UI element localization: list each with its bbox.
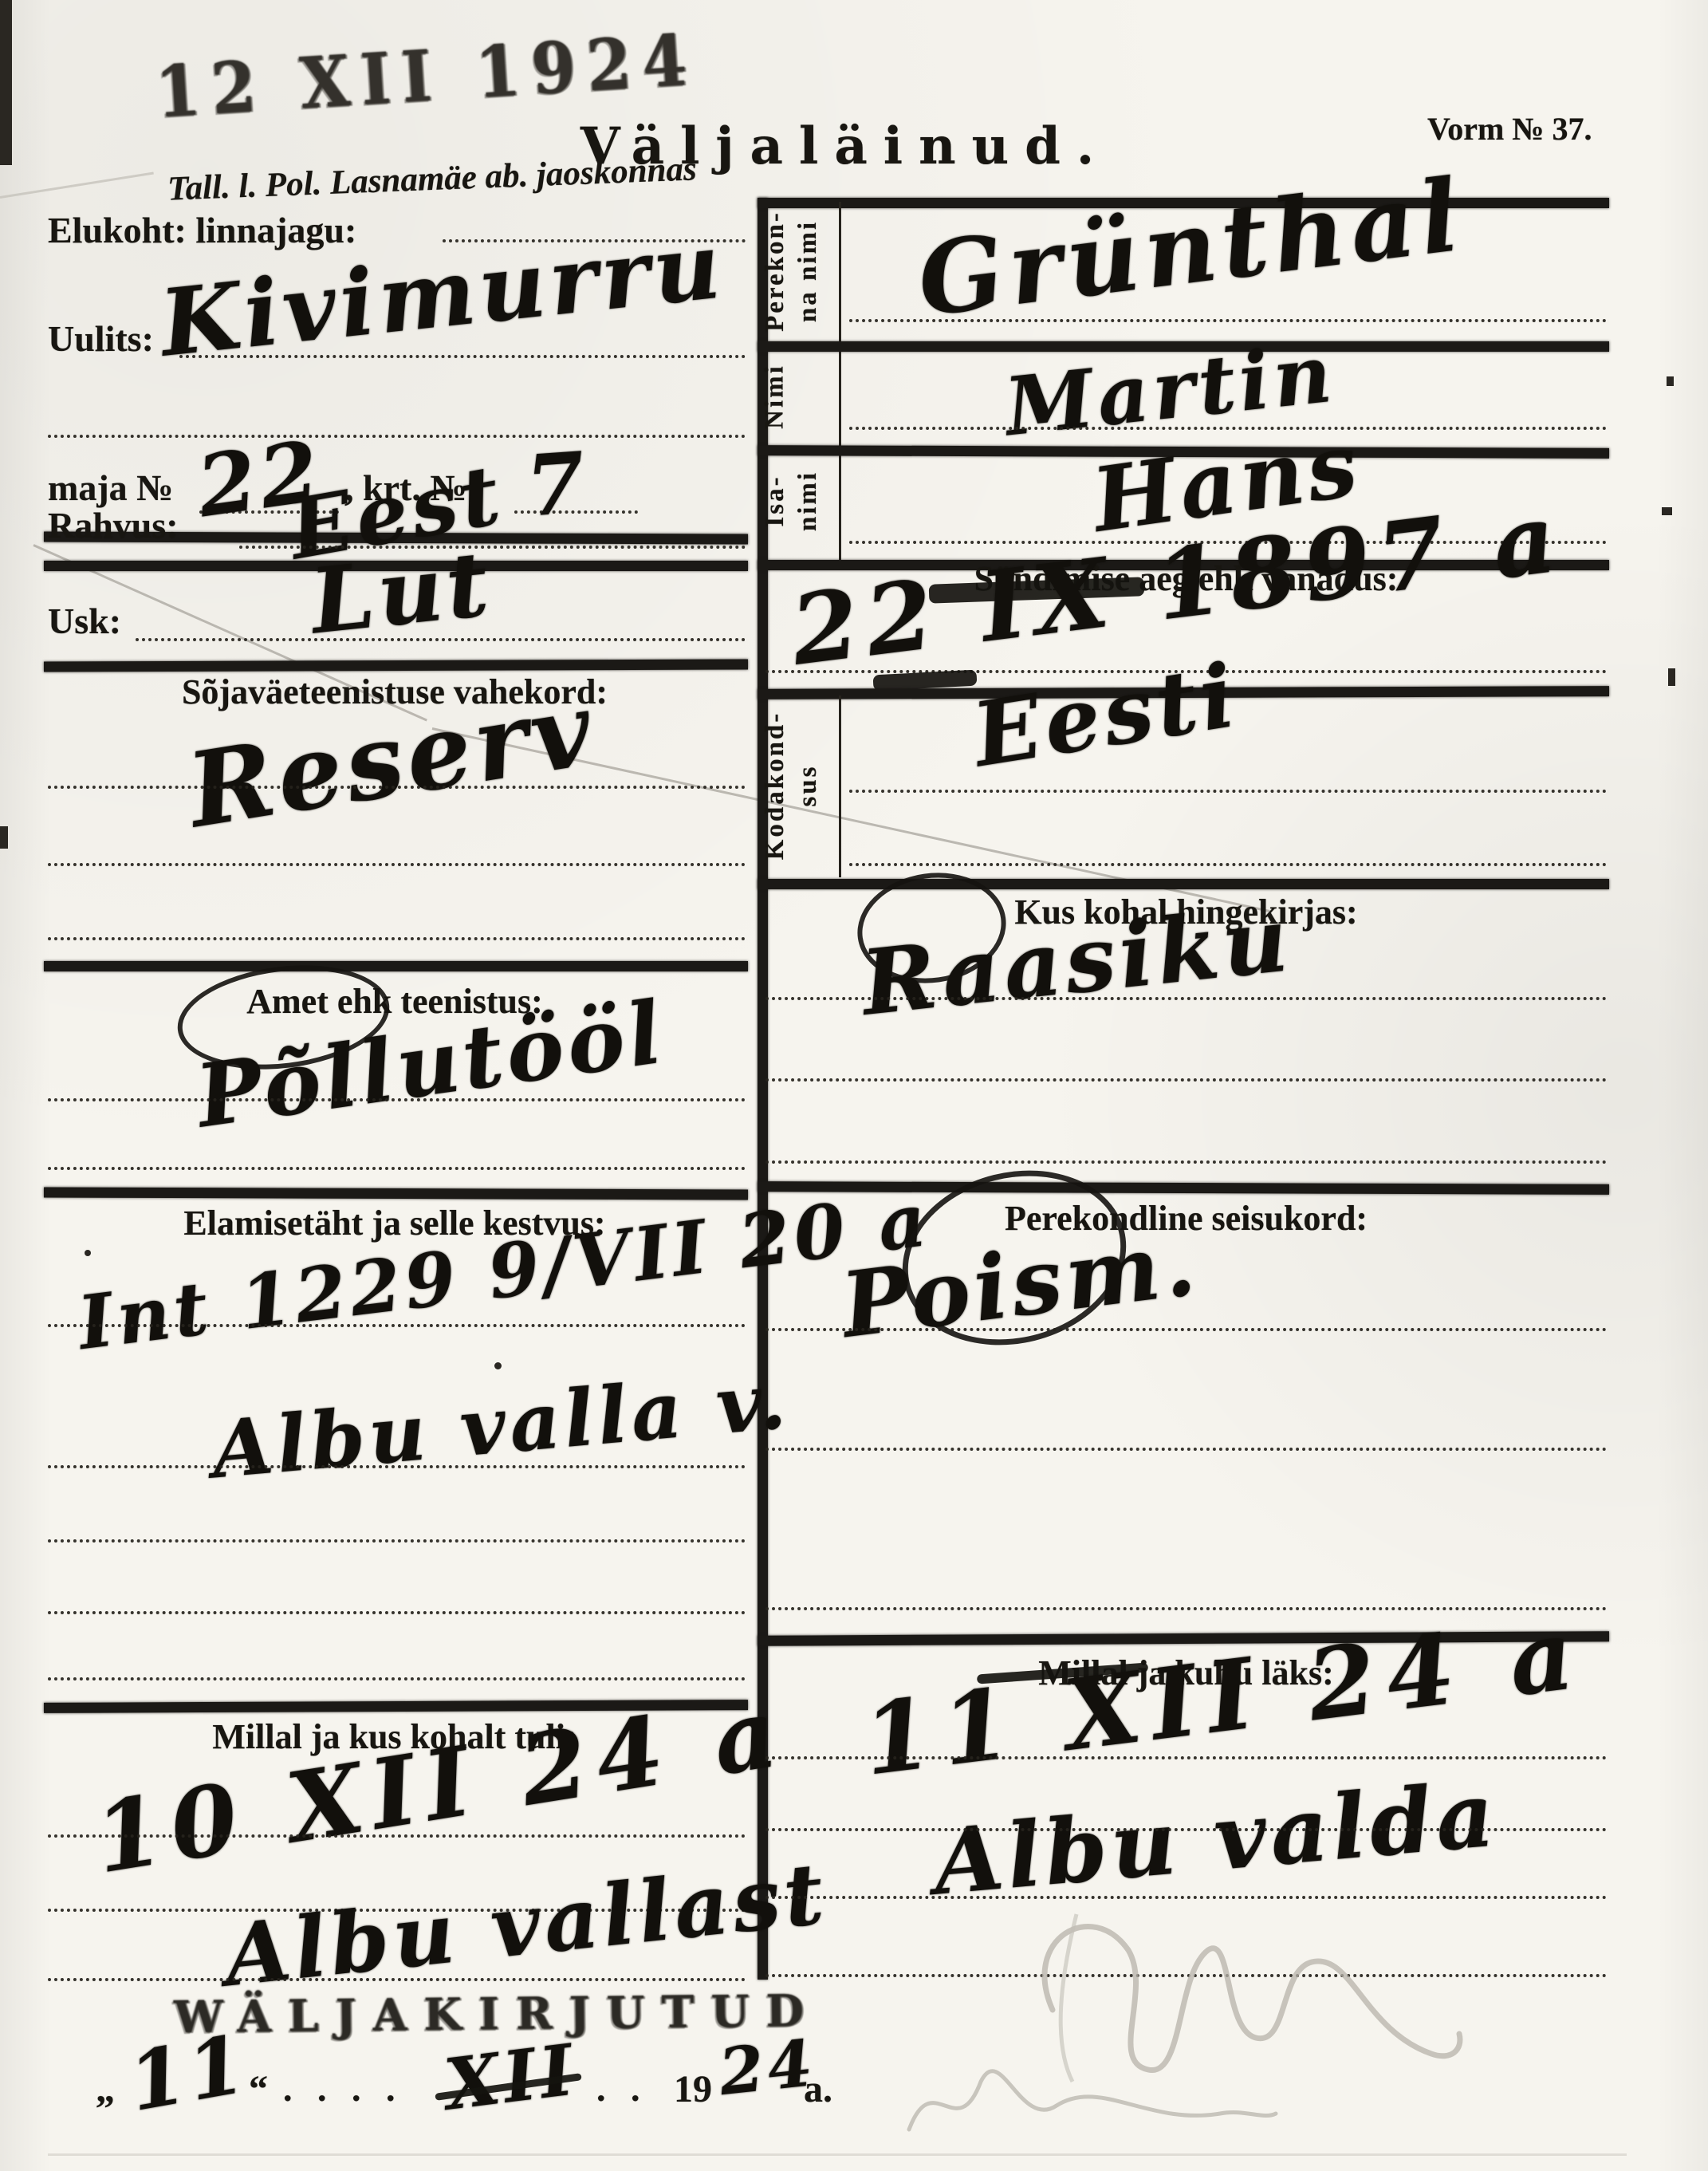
dotted-line <box>48 1098 746 1101</box>
scan-speck <box>1667 376 1674 386</box>
dotted-line <box>48 863 746 866</box>
page-title: Väljaläinud. <box>494 116 1196 176</box>
dotted-line <box>849 319 1607 322</box>
house-label: maja № <box>48 467 173 509</box>
section-divider <box>44 659 748 672</box>
issue-dots2: . . <box>596 2067 648 2110</box>
scan-speck <box>1668 668 1675 686</box>
dotted-line <box>765 1448 1607 1451</box>
scan-speck <box>1662 507 1672 515</box>
vertical-label-citizenship: Kodakond-sus <box>759 695 837 876</box>
label-divider <box>839 202 841 560</box>
dotted-line <box>48 1167 746 1170</box>
apartment-value-handwritten: 7 <box>523 432 592 535</box>
dotted-line <box>765 1756 1607 1759</box>
issue-dots1: . . . . <box>283 2067 403 2110</box>
dotted-line <box>179 355 746 358</box>
issue-quote-close: “ <box>249 2067 268 2111</box>
scanned-registration-card: 12 XII 1924 Tall. l. Pol. Lasnamäe ab. j… <box>0 0 1708 2171</box>
religion-value-handwritten: Lut <box>306 531 497 654</box>
issue-quote-open: „ <box>96 2067 115 2111</box>
surname-value-handwritten: Grünthal <box>912 157 1470 340</box>
citizenship-value-handwritten: Eesti <box>966 644 1245 787</box>
dotted-line <box>849 790 1607 793</box>
label-divider <box>839 695 841 877</box>
dotted-line <box>48 1465 746 1468</box>
residence-permit-issuer-handwritten: Albu valla v. <box>208 1355 793 1497</box>
scan-speck <box>0 826 8 849</box>
dotted-line <box>765 1328 1607 1331</box>
dotted-line <box>48 1611 746 1614</box>
issue-day-handwritten: 11 <box>122 2016 255 2130</box>
scan-speck <box>494 1362 502 1369</box>
section-divider <box>44 1187 748 1200</box>
dotted-line <box>765 1160 1607 1164</box>
dotted-line <box>48 1324 746 1327</box>
section-divider <box>44 961 748 971</box>
nationality-label: Rahvus: <box>48 504 179 546</box>
issue-century: 19 <box>674 2067 712 2111</box>
religion-label: Usk: <box>48 600 121 642</box>
dotted-line <box>239 546 746 549</box>
dotted-line <box>48 1978 746 1981</box>
pencil-scribble <box>1029 1882 1475 2122</box>
vertical-label-father: Isa-nimi <box>759 449 837 553</box>
dotted-line <box>48 1834 746 1838</box>
scan-speck <box>85 1250 91 1256</box>
dotted-line <box>48 937 746 940</box>
vertical-label-name: Nimi <box>759 351 837 443</box>
dotted-line <box>765 997 1607 1000</box>
dotted-line <box>136 638 746 641</box>
left-edge-bar <box>0 0 12 165</box>
dotted-line <box>765 1078 1607 1082</box>
street-label: Uulits: <box>48 317 154 360</box>
dotted-line <box>849 863 1607 866</box>
crease-line <box>48 2153 1627 2156</box>
form-number: Vorm № 37. <box>1427 110 1592 148</box>
vertical-label-surname: Perekon-na nimi <box>759 203 837 339</box>
crease-line <box>0 172 154 199</box>
dotted-line <box>48 1539 746 1543</box>
residence-label: Elukoht: linnajagu: <box>48 209 356 251</box>
issue-suffix: a. <box>804 2067 832 2111</box>
dotted-line <box>48 786 746 789</box>
dotted-line <box>48 1677 746 1680</box>
dotted-line <box>48 435 746 438</box>
dotted-line <box>765 1828 1607 1831</box>
